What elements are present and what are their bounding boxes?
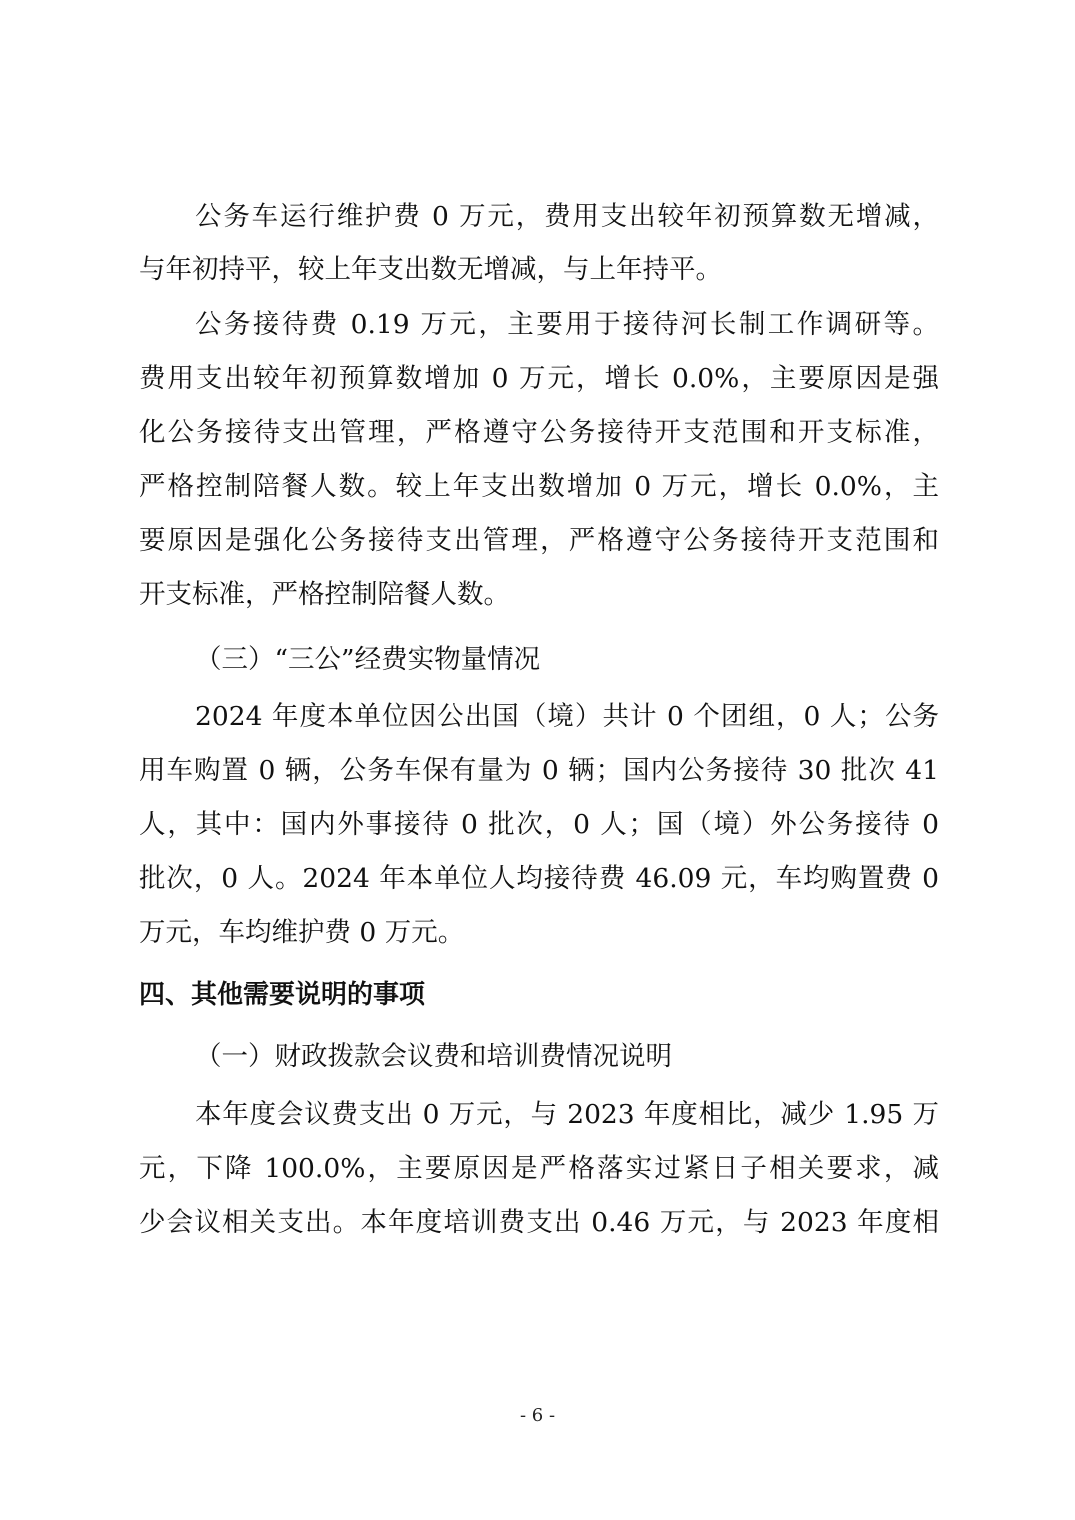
paragraph-reception-line-5: 要原因是强化公务接待支出管理，严格遵守公务接待开支范围和 [139,521,939,561]
subheading-three-public-quantities: （三）“三公”经费实物量情况 [195,640,939,680]
paragraph-quantities-line-4: 批次，0 人。2024 年本单位人均接待费 46.09 元，车均购置费 0 [139,859,939,899]
paragraph-reception-line-6: 开支标准，严格控制陪餐人数。 [139,575,939,615]
paragraph-quantities-line-5: 万元，车均维护费 0 万元。 [139,913,939,953]
paragraph-vehicle-maintenance-line-2: 与年初持平，较上年支出数无增减，与上年持平。 [139,250,939,290]
page-number: - 6 - [0,1405,1075,1426]
paragraph-quantities-line-1: 2024 年度本单位因公出国（境）共计 0 个团组，0 人；公务 [195,697,939,737]
paragraph-reception-line-4: 严格控制陪餐人数。较上年支出数增加 0 万元，增长 0.0%，主 [139,467,939,507]
paragraph-reception-line-2: 费用支出较年初预算数增加 0 万元，增长 0.0%，主要原因是强 [139,359,939,399]
paragraph-meeting-fees-line-1: 本年度会议费支出 0 万元，与 2023 年度相比，减少 1.95 万 [195,1095,939,1135]
paragraph-reception-line-3: 化公务接待支出管理，严格遵守公务接待开支范围和开支标准， [139,413,939,453]
paragraph-meeting-fees-line-2: 元，下降 100.0%，主要原因是严格落实过紧日子相关要求，减 [139,1149,939,1189]
paragraph-quantities-line-3: 人，其中：国内外事接待 0 批次，0 人；国（境）外公务接待 0 [139,805,939,845]
paragraph-vehicle-maintenance-line-1: 公务车运行维护费 0 万元，费用支出较年初预算数无增减， [195,197,939,237]
paragraph-meeting-fees-line-3: 少会议相关支出。本年度培训费支出 0.46 万元，与 2023 年度相 [139,1203,939,1243]
document-page: 公务车运行维护费 0 万元，费用支出较年初预算数无增减， 与年初持平，较上年支出… [0,0,1075,1520]
paragraph-quantities-line-2: 用车购置 0 辆，公务车保有量为 0 辆；国内公务接待 30 批次 41 [139,751,939,791]
section-heading-other-matters: 四、其他需要说明的事项 [139,975,939,1015]
subheading-meeting-training-fees: （一）财政拨款会议费和培训费情况说明 [195,1037,939,1077]
paragraph-reception-line-1: 公务接待费 0.19 万元，主要用于接待河长制工作调研等。 [195,305,939,345]
